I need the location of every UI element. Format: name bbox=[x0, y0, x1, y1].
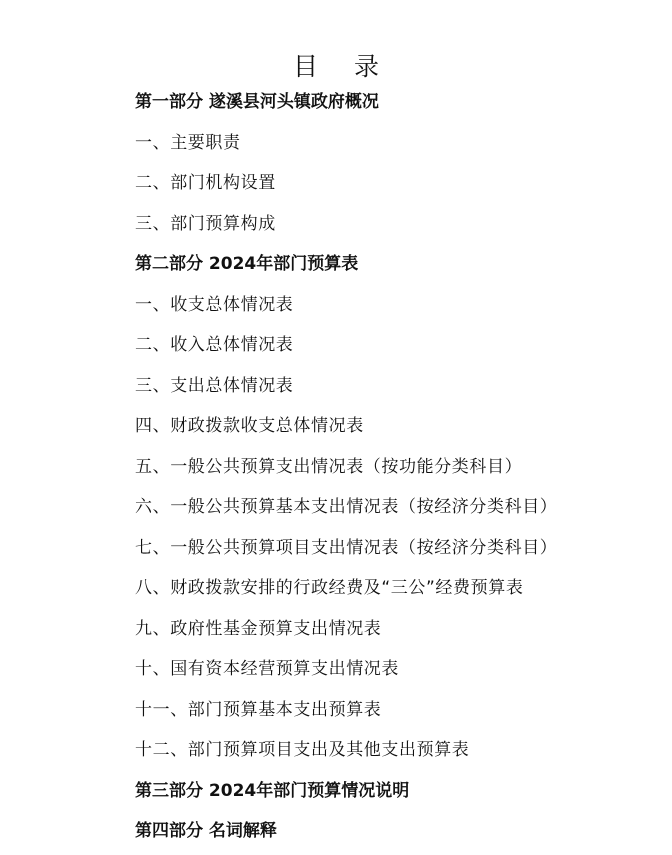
toc-item[interactable]: 二、部门机构设置 bbox=[135, 169, 557, 210]
toc-item[interactable]: 四、财政拨款收支总体情况表 bbox=[135, 412, 557, 453]
toc-part-3[interactable]: 第三部分 2024年部门预算情况说明 bbox=[135, 777, 557, 818]
toc-part-2[interactable]: 第二部分 2024年部门预算表 bbox=[135, 250, 557, 291]
toc-item[interactable]: 五、一般公共预算支出情况表（按功能分类科目） bbox=[135, 453, 557, 494]
toc-item[interactable]: 六、一般公共预算基本支出情况表（按经济分类科目） bbox=[135, 493, 557, 534]
table-of-contents: 第一部分 遂溪县河头镇政府概况 一、主要职责 二、部门机构设置 三、部门预算构成… bbox=[135, 88, 557, 855]
toc-item[interactable]: 三、部门预算构成 bbox=[135, 210, 557, 251]
toc-item[interactable]: 九、政府性基金预算支出情况表 bbox=[135, 615, 557, 656]
toc-part-1[interactable]: 第一部分 遂溪县河头镇政府概况 bbox=[135, 88, 557, 129]
toc-item[interactable]: 二、收入总体情况表 bbox=[135, 331, 557, 372]
toc-item[interactable]: 十二、部门预算项目支出及其他支出预算表 bbox=[135, 736, 557, 777]
toc-item[interactable]: 一、主要职责 bbox=[135, 129, 557, 170]
toc-part-4[interactable]: 第四部分 名词解释 bbox=[135, 817, 557, 855]
toc-item[interactable]: 八、财政拨款安排的行政经费及“三公”经费预算表 bbox=[135, 574, 557, 615]
toc-item[interactable]: 一、收支总体情况表 bbox=[135, 291, 557, 332]
toc-item[interactable]: 十一、部门预算基本支出预算表 bbox=[135, 696, 557, 737]
page-title: 目 录 bbox=[0, 50, 672, 84]
toc-item[interactable]: 七、一般公共预算项目支出情况表（按经济分类科目） bbox=[135, 534, 557, 575]
toc-item[interactable]: 十、国有资本经营预算支出情况表 bbox=[135, 655, 557, 696]
toc-item[interactable]: 三、支出总体情况表 bbox=[135, 372, 557, 413]
